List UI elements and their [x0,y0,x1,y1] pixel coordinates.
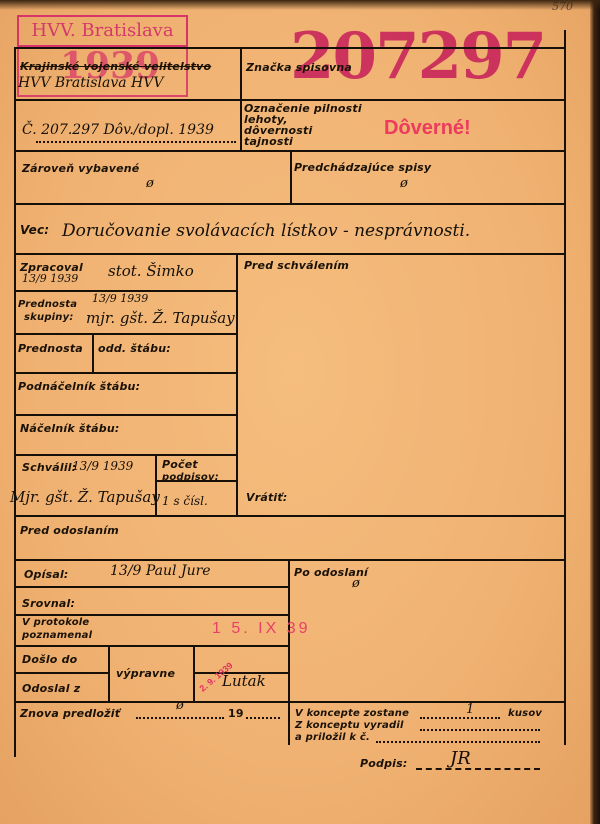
dept-head-label: Prednosta [18,343,83,355]
returned-label: Vrátiť: [246,492,287,504]
rule [14,645,289,647]
preceding-files-value: ø [400,176,408,191]
copied-value: 13/9 Paul Jure [110,563,211,579]
signature-value: JR [450,748,471,769]
also-processed-value: ø [146,176,154,191]
dotted-line [246,716,280,719]
rule [14,99,565,101]
subject-label: Vec: [20,224,49,236]
processed-date: 13/9 1939 [22,272,78,285]
rule [236,253,238,516]
also-processed-label: Zároveň vybavené [22,163,139,175]
rule [14,515,565,517]
group-head-signature: mjr. gšt. Ž. Tapušay [86,309,235,327]
rule [14,614,289,616]
rule [193,645,195,702]
authority-label: Krajinské vojenské velitelstvo [20,61,211,73]
rule [290,150,292,204]
resubmit-value: ø [176,698,184,713]
confidential-stamp: Dôverné! [384,117,471,140]
before-dispatch-label: Pred odoslaním [20,525,119,537]
file-number-stamp: 207297 [290,22,545,92]
approved-date: 13/9 1939 [72,459,133,473]
preceding-files-label: Predchádzajúce spisy [294,162,431,174]
sig-count-label-2: podpisov: [162,472,219,484]
resubmit-label: Znova predložiť [20,708,120,720]
rule [14,253,565,255]
approved-label: Schválil: [22,462,76,474]
chief-label: Náčelník štábu: [20,423,119,435]
top-shadow [0,0,600,10]
filing-mark-label: Značka spisovna [246,62,352,74]
rule [155,454,157,516]
before-approval-label: Pred schválením [244,260,349,272]
rule [14,203,565,205]
dotted-line [136,716,224,719]
group-head-label-2: skupiny: [24,312,74,324]
dotted-line [36,140,236,143]
sig-count-value: 1 s čísl. [162,494,208,508]
processed-by-signature: stot. Šimko [108,262,194,280]
rule [14,701,565,703]
received-date-stamp: 1 5. IX 39 [212,620,311,638]
protocol-label-2: poznamenal [22,630,92,642]
authority-value: HVV Bratislava HVV [18,75,163,91]
compared-label: Srovnal: [22,598,75,610]
rule [14,333,237,335]
dashed-line [416,767,540,770]
rule [14,372,237,374]
arrived-label: Došlo do [22,654,77,666]
group-head-label: Prednosta [18,299,77,311]
signature-label: Podpis: [360,758,407,770]
sig-count-label: Počet [162,459,198,471]
draft-removed-label: Z konceptu vyradil [295,720,404,732]
approved-by-signature: Mjr. gšt. Ž. Tapušay [10,488,160,506]
protocol-label: V protokole [22,617,89,629]
reference-number: Č. 207.297 Dôv./dopl. 1939 [22,122,214,138]
rule [14,454,237,456]
resubmit-year: 19 [228,708,244,720]
dotted-line [376,740,540,743]
rule [14,414,237,416]
copied-label: Opísal: [24,569,69,581]
after-dispatch-value: ø [352,576,360,591]
rule [14,672,109,674]
attached-label: a priložil k č. [295,732,370,744]
rule [92,333,94,373]
draft-remaining-value: 1 [466,702,474,717]
dotted-line [420,728,540,731]
sent-label: Odoslal z [22,683,80,695]
subject-value: Doručovanie svolávacích lístkov - nesprá… [62,221,470,241]
document-page: 570 HVV. Bratislava 1939 207297 Krajinsk… [0,0,590,824]
binding-edge [590,0,600,824]
expedition-signature: Lutak [222,672,266,690]
dotted-line [420,716,500,719]
urgency-label-4: tajnosti [244,136,293,148]
dept-head-label-2: odd. štábu: [98,343,171,355]
rule [108,645,110,702]
draft-remaining-unit: kusov [508,708,542,720]
draft-remaining-label: V koncepte zostane [295,708,409,720]
rule [14,47,565,49]
deputy-chief-label: Podnáčelník štábu: [18,381,140,393]
rule-right [564,30,566,745]
rule [14,586,289,588]
group-head-date: 13/9 1939 [92,292,148,305]
rule-left [14,47,16,757]
expedition-label: výpravne [116,668,175,680]
